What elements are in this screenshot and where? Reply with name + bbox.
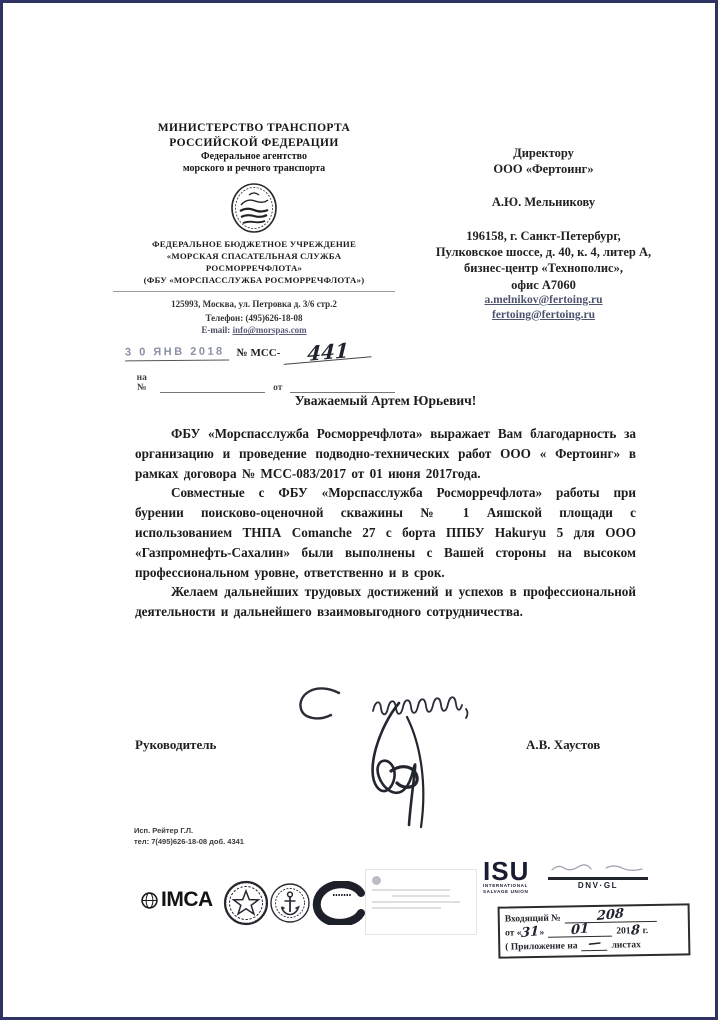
ref-number-label: на № (131, 373, 152, 393)
incoming-date-close-quote: » (539, 928, 544, 938)
imca-logo-text: IMCA (161, 888, 213, 912)
org-name-line3: РОСМОРРЕЧФЛОТА» (113, 263, 395, 275)
org-email-label: E-mail: (201, 325, 230, 335)
org-email-link: info@morspas.com (233, 325, 307, 335)
org-name-line4: (ФБУ «МОРСПАССЛУЖБА РОСМОРРЕЧФЛОТА») (113, 275, 395, 287)
signer-position: Руководитель (135, 737, 216, 753)
isu-logo-text: ISU (483, 859, 529, 883)
org-postal-address: 125993, Москва, ул. Петровка д. 3/6 стр.… (113, 298, 395, 312)
org-phone: Телефон: (495)626-18-08 (113, 312, 395, 326)
dnv-underline (548, 877, 648, 880)
certification-badge-line (372, 889, 450, 891)
isu-logo-subtext-2: SALVAGE UNION (483, 889, 529, 895)
handwritten-signature (281, 675, 511, 830)
recipient-company: ООО «Фертоинг» (401, 161, 686, 177)
recipient-position: Директору (401, 145, 686, 161)
incoming-year-printed: 201 (616, 926, 630, 936)
recipient-name: А.Ю. Мельникову (401, 194, 686, 210)
incoming-number-row: Входящий № 208 (505, 909, 683, 924)
ref-from-label: от (273, 383, 282, 393)
imca-globe-icon (141, 892, 158, 909)
recipient-email-2: fertoing@fertoing.ru (401, 308, 686, 323)
ministry-name-line2: РОССИЙСКОЙ ФЕДЕРАЦИИ (113, 136, 395, 151)
certification-badge-mark (372, 876, 381, 885)
certification-badge-line (372, 907, 441, 909)
recipient-email-1: a.melnikov@fertoing.ru (401, 293, 686, 308)
org-name-line1: ФЕДЕРАЛЬНОЕ БЮДЖЕТНОЕ УЧРЕЖДЕНИЕ (113, 239, 395, 251)
executor-block: Исп. Рейтер Г.Л. тел: 7(495)626-18-08 до… (134, 825, 244, 848)
attachment-label: ( Приложение на (505, 941, 577, 952)
star-seal-icon (223, 880, 269, 931)
org-name-line2: «МОРСКАЯ СПАСАТЕЛЬНАЯ СЛУЖБА (113, 251, 395, 263)
outgoing-date-stamp: 3 0 ЯНВ 2018 (125, 346, 229, 362)
dnv-gl-logo: DNV·GL (548, 861, 648, 890)
agency-name-line2: морского и речного транспорта (113, 163, 395, 176)
incoming-year-handwritten: 8 (630, 926, 639, 937)
outgoing-number-label: № МСС- (237, 347, 281, 359)
certification-badge (365, 869, 477, 935)
body-paragraph-2: Совместные с ФБУ «Морспасслужба Росморре… (135, 483, 636, 582)
recipient-address-line3: бизнес-центр «Технополис», (401, 260, 686, 276)
incoming-registration-stamp: Входящий № 208 от « 31 » 01 2018 г. ( Пр… (498, 903, 691, 958)
faint-handwriting-marks (548, 861, 648, 875)
certification-badge-line (392, 895, 451, 897)
recipient-block: Директору ООО «Фертоинг» А.Ю. Мельникову… (401, 145, 686, 323)
signer-name: А.В. Хаустов (526, 737, 600, 753)
incoming-year-suffix: г. (642, 926, 648, 936)
scanned-letter-page: МИНИСТЕРСТВО ТРАНСПОРТА РОССИЙСКОЙ ФЕДЕР… (0, 0, 718, 1020)
ref-date-blank-line (290, 382, 395, 393)
reference-number-row: на № от (113, 373, 395, 393)
incoming-month-handwritten: 01 (571, 924, 589, 936)
recipient-address-line1: 196158, г. Санкт-Петербург, (401, 228, 686, 244)
attachment-suffix: листах (611, 940, 640, 951)
ref-number-blank-line (160, 382, 265, 393)
outgoing-date-row: 3 0 ЯНВ 2018 № МСС- 441 (113, 344, 395, 361)
certification-badge-line (372, 901, 460, 903)
recipient-address-line4: офис А7060 (401, 277, 686, 293)
incoming-date-prefix: от « (505, 928, 522, 938)
attachment-count-handwritten: — (588, 938, 601, 949)
org-email-row: E-mail: info@morspas.com (113, 325, 395, 335)
letterhead-divider (113, 291, 395, 292)
recipient-address-line2: Пулковское шоссе, д. 40, к. 4, литер А, (401, 244, 686, 260)
anchor-seal-icon (269, 882, 311, 929)
maritime-seal-emblem-icon (229, 181, 279, 235)
incoming-number-label: Входящий № (505, 914, 561, 925)
executor-phone: тел: 7(495)626-18-08 доб. 4341 (134, 836, 244, 847)
incoming-number-handwritten: 208 (597, 909, 624, 922)
dnv-gl-logo-text: DNV·GL (548, 881, 648, 890)
c-emblem-logo (311, 881, 369, 930)
body-paragraph-1: ФБУ «Морспасслужба Росморречфлота» выраж… (135, 424, 636, 483)
letterhead: МИНИСТЕРСТВО ТРАНСПОРТА РОССИЙСКОЙ ФЕДЕР… (113, 121, 395, 393)
ministry-name-line1: МИНИСТЕРСТВО ТРАНСПОРТА (113, 121, 395, 136)
body-paragraph-3: Желаем дальнейших трудовых достижений и … (135, 582, 636, 622)
outgoing-number-handwritten: 441 (284, 340, 373, 365)
imca-logo: IMCA (141, 888, 213, 912)
agency-name-line1: Федеральное агентство (113, 151, 395, 164)
salutation: Уважаемый Артем Юрьевич! (135, 393, 636, 409)
incoming-day-handwritten: 31 (521, 927, 539, 939)
isu-logo: ISU INTERNATIONAL SALVAGE UNION (483, 859, 529, 895)
executor-name: Исп. Рейтер Г.Л. (134, 825, 244, 836)
letter-body: ФБУ «Морспасслужба Росморречфлота» выраж… (135, 424, 636, 622)
